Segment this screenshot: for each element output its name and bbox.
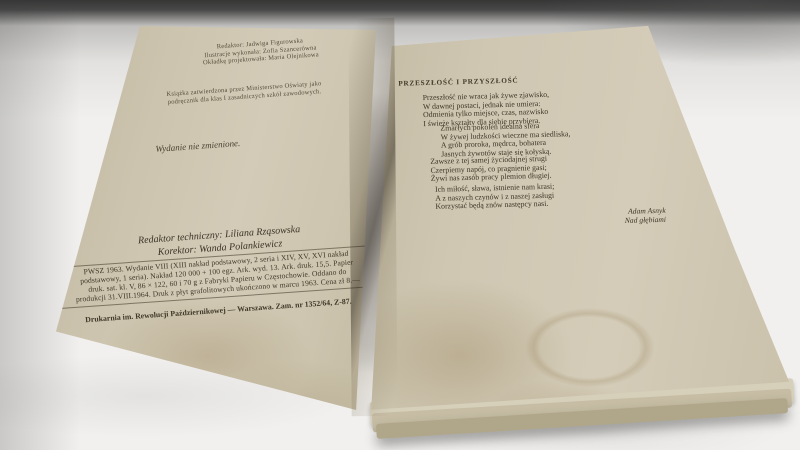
poem-title: PRZESZŁOŚĆ I PRZYSZŁOŚĆ — [398, 77, 518, 88]
approval-note-block: Książka zatwierdzona przez Ministerstwo … — [119, 77, 369, 110]
poem-attribution: Adam Asnyk Nad głębiami — [536, 206, 666, 227]
book-spine-crease — [348, 18, 397, 416]
poem-stanza: Zmarłych pokoleń idealna sfera W żywej l… — [440, 121, 571, 159]
poem-stanza: Ich miłość, sława, istnienie nam krasi; … — [435, 183, 555, 212]
photo-of-open-book: Redaktor: Jadwiga Figurowska Ilustracje … — [0, 0, 800, 450]
poem-stanza: Zawsze z tej samej życiodajnej strugi Cz… — [430, 155, 551, 184]
edition-note: Wydanie nie zmienione. — [73, 132, 323, 159]
editorial-credits-block: Redaktor: Jadwiga Figurowska Ilustracje … — [155, 33, 366, 70]
